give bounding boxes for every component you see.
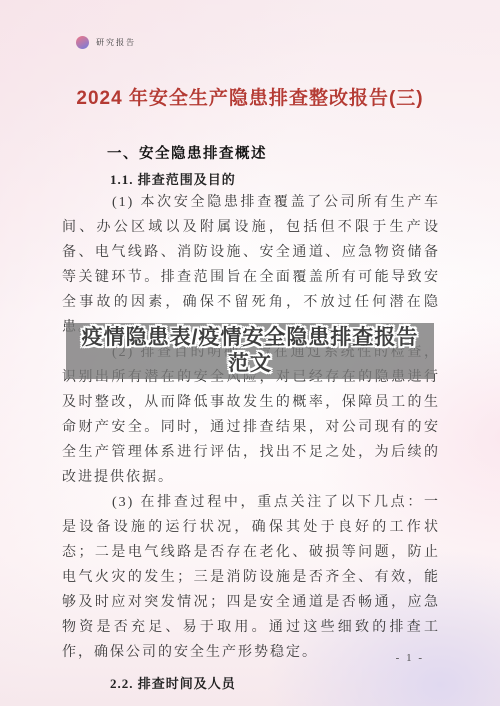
document-title: 2024 年安全生产隐患排查整改报告(三) [0,83,500,110]
paragraph-1: (1) 本次安全隐患排查覆盖了公司所有生产车间、办公区域以及附属设施，包括但不限… [62,190,440,340]
watermark-caption-line-2: 范文 [0,351,500,377]
subsection-heading-1: 1.1. 排查范围及目的 [110,169,236,188]
brand-logo: 研究报告 [76,36,136,49]
watermark-caption: 疫情隐患表/疫情安全隐患排查报告 范文 [0,325,500,377]
section-heading: 一、安全隐患排查概述 [107,142,267,163]
watermark-caption-line-1: 疫情隐患表/疫情安全隐患排查报告 [0,325,500,351]
logo-circle-icon [76,36,89,49]
paragraph-3: (3) 在排查过程中，重点关注了以下几点：一是设备设施的运行状况，确保其处于良好… [62,490,440,665]
document-body: (1) 本次安全隐患排查覆盖了公司所有生产车间、办公区域以及附属设施，包括但不限… [62,190,440,696]
page-number: - 1 - [396,652,424,664]
document-page: 研究报告 2024 年安全生产隐患排查整改报告(三) 一、安全隐患排查概述 1.… [0,0,500,706]
subsection-heading-2: 2.2. 排查时间及人员 [62,671,440,696]
logo-label: 研究报告 [96,37,136,48]
